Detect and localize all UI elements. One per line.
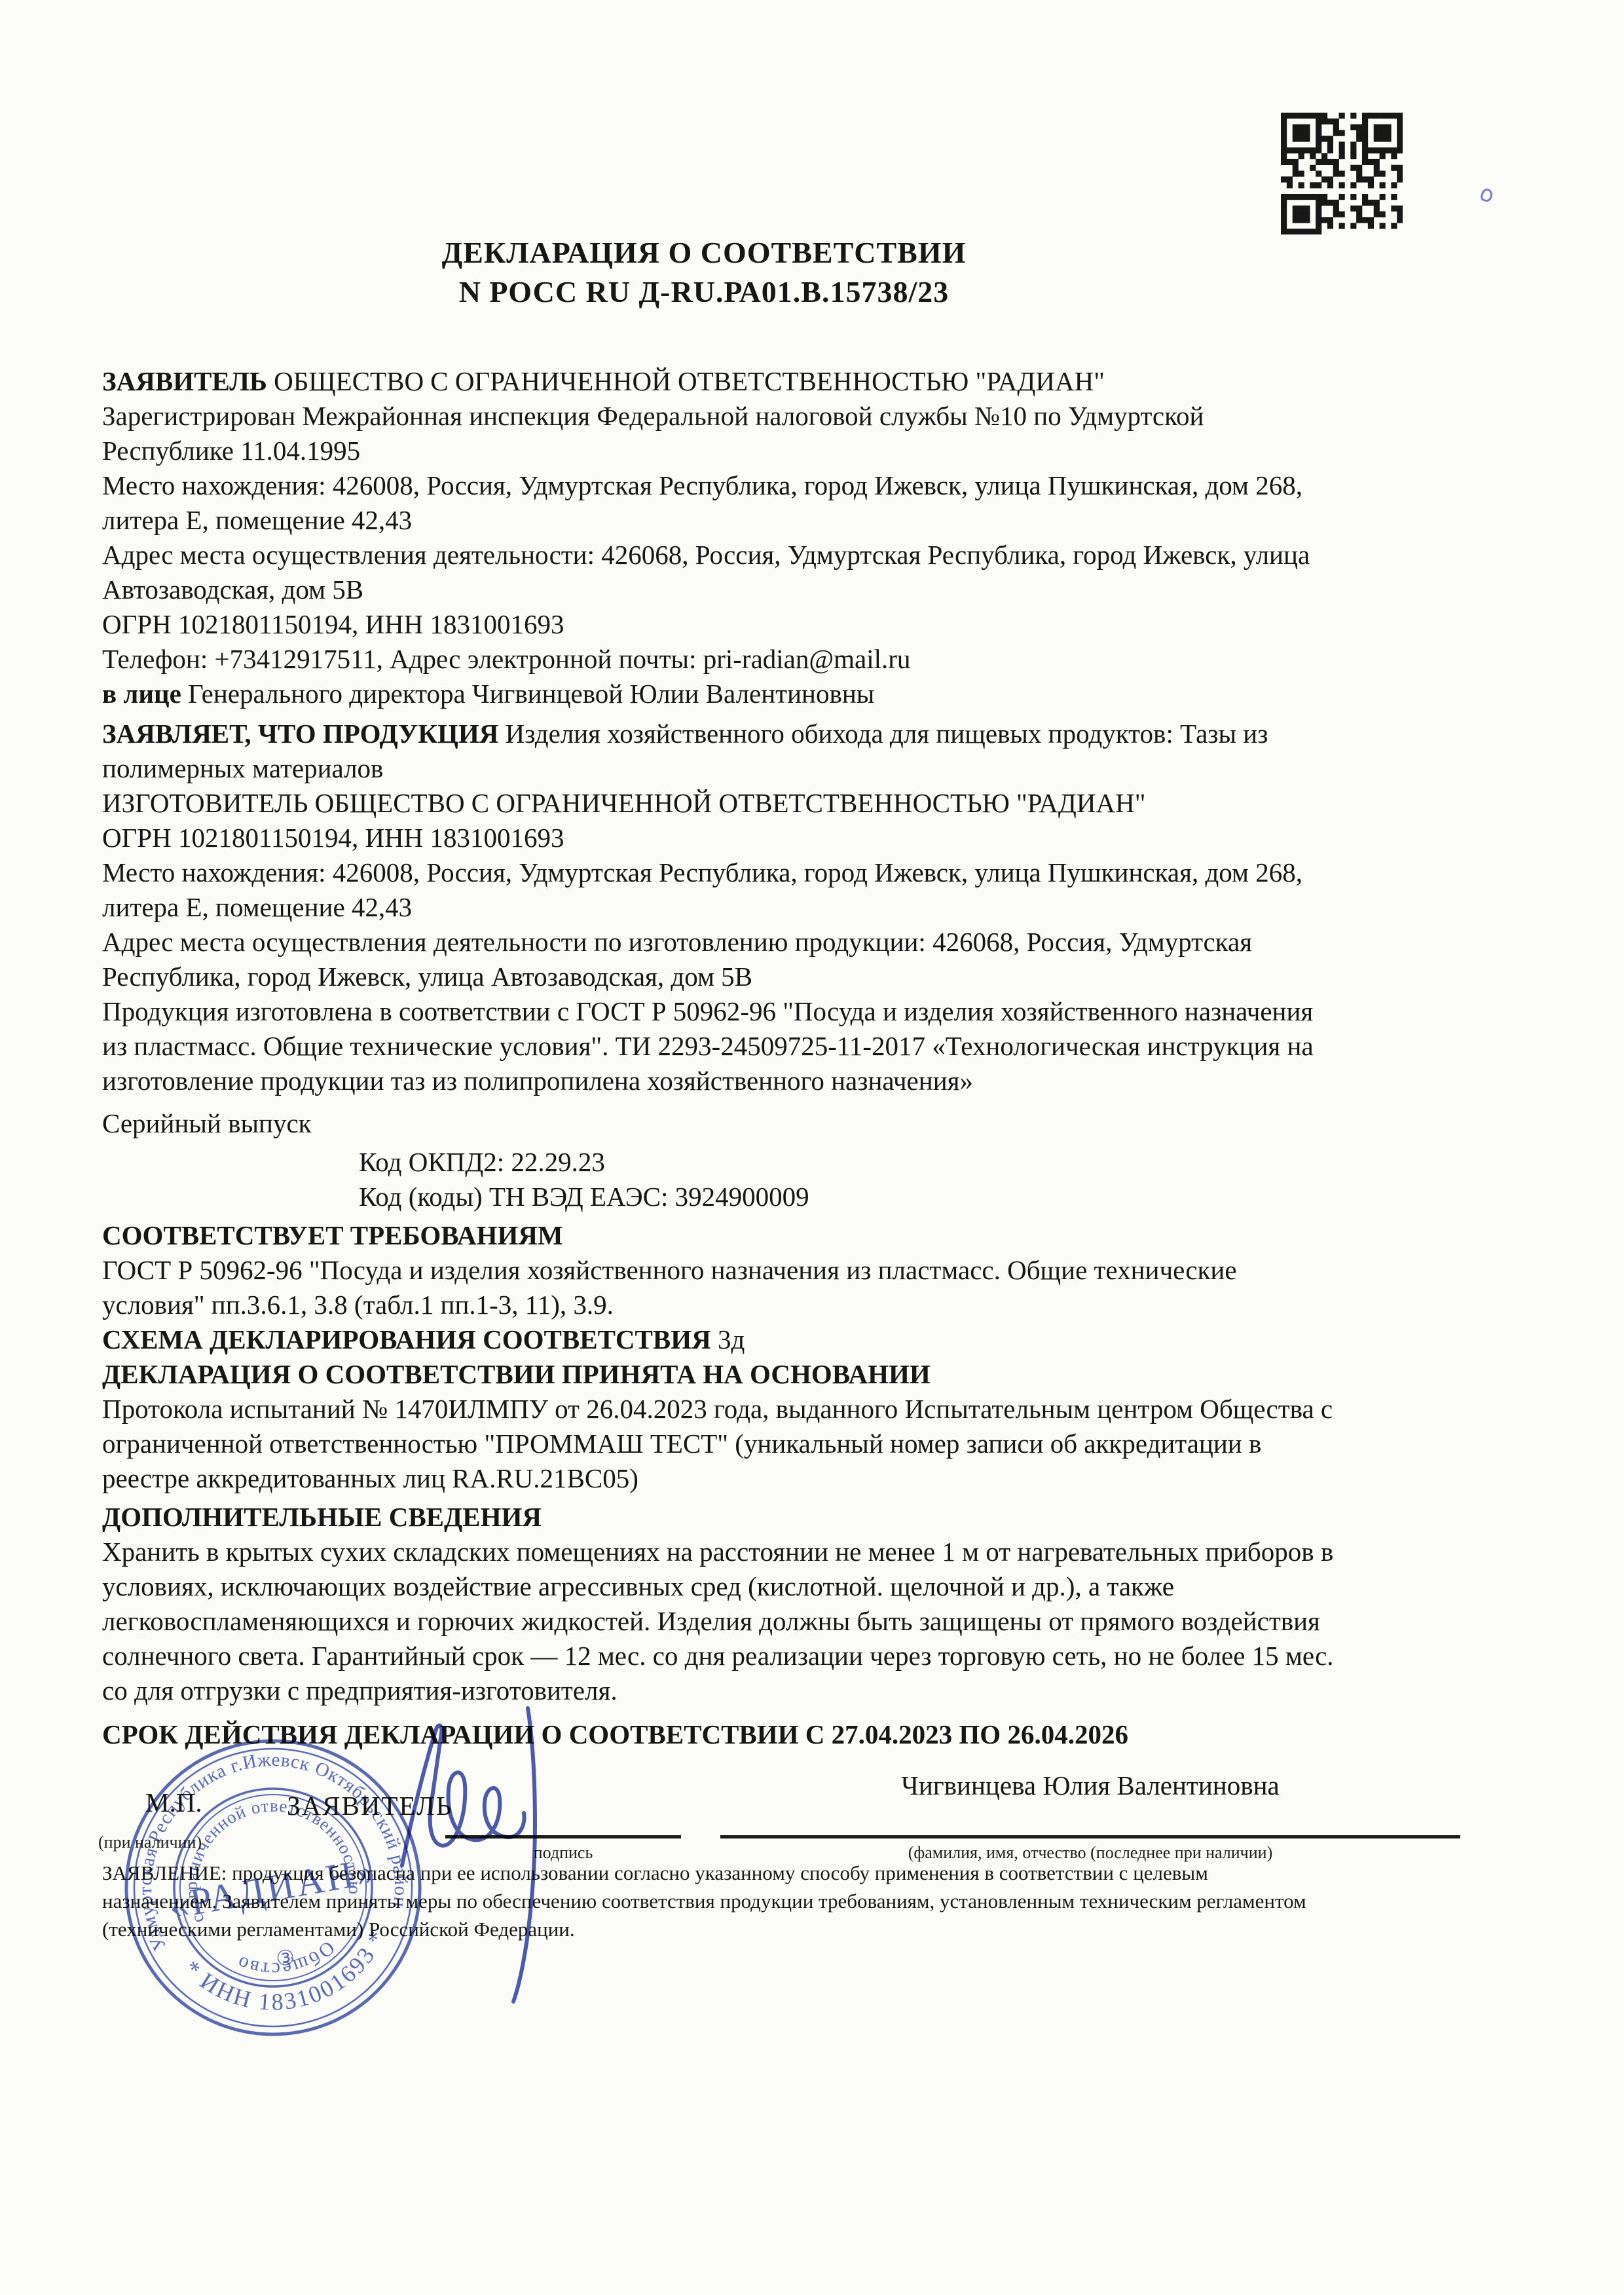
text-line: Телефон: +73412917511, Адрес электронной… [102,642,1582,677]
document-title: ДЕКЛАРАЦИЯ О СООТВЕТСТВИИ N РОСС RU Д-RU… [0,233,1408,312]
text-line: изготовление продукции таз из полипропил… [102,1064,1582,1098]
in-person-value: Генерального директора Чигвинцевой Юлии … [181,679,874,709]
manufacturer-line: ИЗГОТОВИТЕЛЬ ОБЩЕСТВО С ОГРАНИЧЕННОЙ ОТВ… [102,786,1582,821]
applicant-name: ОБЩЕСТВО С ОГРАНИЧЕННОЙ ОТВЕТСТВЕННОСТЬЮ… [267,366,1105,396]
handwritten-signature [384,1694,604,2012]
svg-text:Удмуртская Республика г.Ижевск: Удмуртская Республика г.Ижевск Октябрьск… [120,1734,417,1956]
text-line: Зарегистрирован Межрайонная инспекция Фе… [102,399,1582,434]
text-line: условия" пп.3.6.1, 3.8 (табл.1 пп.1-3, 1… [102,1288,1582,1322]
tnved-code: Код (коды) ТН ВЭД ЕАЭС: 3924900009 [359,1180,1582,1214]
title-line-1: ДЕКЛАРАЦИЯ О СООТВЕТСТВИИ [0,233,1408,272]
declares-label: ЗАЯВЛЯЕТ, ЧТО ПРОДУКЦИЯ [102,718,498,749]
text-line: реестре аккредитованных лиц RA.RU.21BC05… [102,1461,1582,1496]
text-line: ОГРН 1021801150194, ИНН 1831001693 [102,607,1582,642]
text-line: ОГРН 1021801150194, ИНН 1831001693 [102,821,1582,855]
text-line: из пластмасс. Общие технические условия"… [102,1029,1582,1064]
applicant-heading: ЗАЯВИТЕЛЬ ОБЩЕСТВО С ОГРАНИЧЕННОЙ ОТВЕТС… [102,364,1582,399]
conforms-heading: СООТВЕТСТВУЕТ ТРЕБОВАНИЯМ [102,1218,1582,1253]
text-line: Место нахождения: 426008, Россия, Удмурт… [102,855,1582,890]
additional-heading: ДОПОЛНИТЕЛЬНЫЕ СВЕДЕНИЯ [102,1500,1582,1535]
text-line: Протокола испытаний № 1470ИЛМПУ от 26.04… [102,1392,1582,1427]
stamp-outer-top-text: Удмуртская Республика г.Ижевск Октябрьск… [120,1734,417,1956]
applicant-label: ЗАЯВИТЕЛЬ [102,366,267,396]
text-line: полимерных материалов [102,751,1582,786]
text-line: литера Е, помещение 42,43 [102,890,1582,925]
product-description: Изделия хозяйственного обихода для пищев… [498,718,1268,749]
in-person-line: в лице Генерального директора Чигвинцево… [102,677,1582,711]
document-page: { "title": { "line1": "ДЕКЛАРАЦИЯ О СООТ… [0,0,1624,2295]
signatory-name: Чигвинцева Юлия Валентиновна [720,1770,1460,1801]
declaration-number: N РОСС RU Д-RU.РА01.В.15738/23 [0,272,1408,312]
text-line: ГОСТ Р 50962-96 "Посуда и изделия хозяйс… [102,1253,1582,1288]
okpd2-code: Код ОКПД2: 22.29.23 [359,1145,1582,1180]
scheme-value: 3д [711,1324,745,1354]
declares-heading: ЗАЯВЛЯЕТ, ЧТО ПРОДУКЦИЯ Изделия хозяйств… [102,717,1582,751]
basis-heading: ДЕКЛАРАЦИЯ О СООТВЕТСТВИИ ПРИНЯТА НА ОСН… [102,1357,1582,1392]
text-line: Продукция изготовлена в соответствии с Г… [102,994,1582,1029]
document-body: ЗАЯВИТЕЛЬ ОБЩЕСТВО С ОГРАНИЧЕННОЙ ОТВЕТС… [102,364,1582,1752]
text-line: со для отгрузки с предприятия-изготовите… [102,1673,1582,1708]
text-line: литера Е, помещение 42,43 [102,503,1582,538]
text-line: Республика, город Ижевск, улица Автозаво… [102,960,1582,994]
pen-mark [1479,187,1494,204]
text-line: Место нахождения: 426008, Россия, Удмурт… [102,468,1582,503]
text-line: ограниченной ответственностью "ПРОММАШ Т… [102,1427,1582,1461]
text-line: Республике 11.04.1995 [102,434,1582,468]
text-line: Адрес места осуществления деятельности: … [102,538,1582,572]
text-line: Адрес места осуществления деятельности п… [102,925,1582,960]
scheme-label: СХЕМА ДЕКЛАРИРОВАНИЯ СООТВЕТСТВИЯ [102,1324,711,1354]
text-line: солнечного света. Гарантийный срок — 12 … [102,1639,1582,1673]
stamp-branch-mark: ③ [274,1945,297,1971]
name-line [720,1835,1460,1838]
scheme-heading: СХЕМА ДЕКЛАРИРОВАНИЯ СООТВЕТСТВИЯ 3д [102,1322,1582,1357]
text-line: условиях, исключающих воздействие агресс… [102,1569,1582,1604]
text-line: Хранить в крытых сухих складских помещен… [102,1535,1582,1569]
text-line: Автозаводская, дом 5В [102,572,1582,607]
text-line: легковоспламеняющихся и горючих жидкосте… [102,1604,1582,1639]
qr-code [1281,113,1403,234]
serial-release: Серийный выпуск [102,1106,1582,1141]
in-person-label: в лице [102,679,181,709]
company-stamp: Удмуртская Республика г.Ижевск Октябрьск… [120,1734,426,2041]
